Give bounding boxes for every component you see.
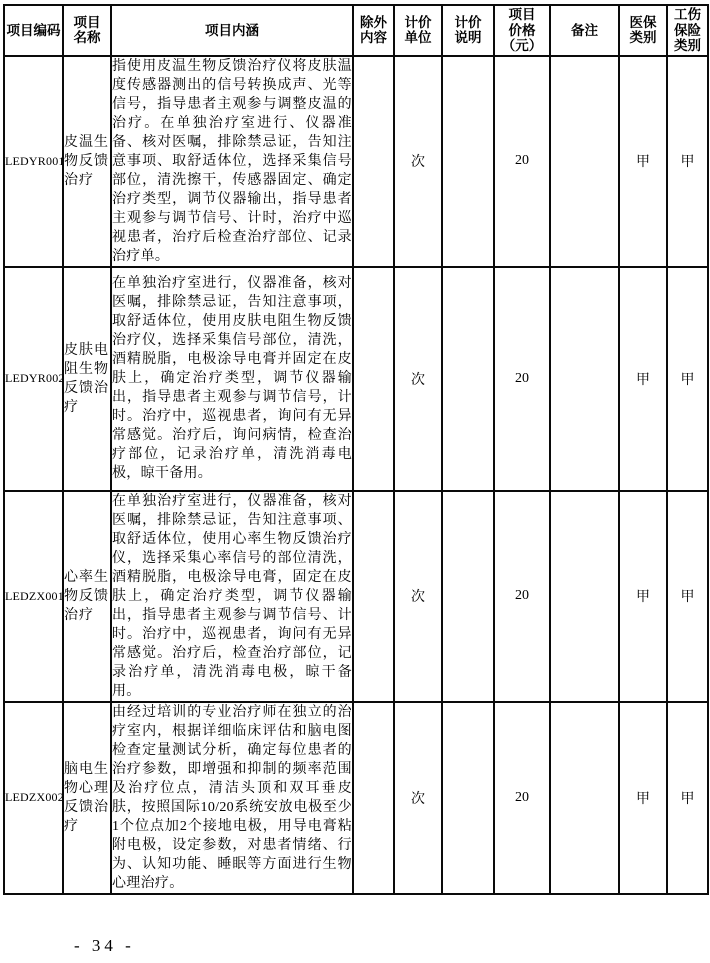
cell-item-code: LEDZX002 [4,702,63,894]
cell-pricing-unit: 次 [394,491,442,702]
cell-pricing-unit: 次 [394,267,442,491]
cell-item-name: 皮肤电阻生物反馈治疗 [63,267,111,491]
cell-item-price: 20 [494,702,550,894]
cell-pricing-unit: 次 [394,56,442,267]
cell-work-injury-insurance-category: 甲 [667,702,708,894]
cell-item-name: 皮温生物反馈治疗 [63,56,111,267]
header-item-content: 项目内涵 [111,5,353,56]
cell-item-content: 在单独治疗室进行，仪器准备，核对医嘱，排除禁忌证，告知注意事项，取舒适体位，使用… [111,267,353,491]
cell-item-content: 指使用皮温生物反馈治疗仪将皮肤温度传感器测出的信号转换成声、光等信号，指导患者主… [111,56,353,267]
medical-service-pricing-table: 项目编码 项目 名称 项目内涵 除外 内容 计价 单位 计价 说明 项目 价格 … [3,4,709,895]
cell-item-content: 在单独治疗室进行，仪器准备，核对医嘱，排除禁忌证，告知注意事项、取舒适体位，使用… [111,491,353,702]
cell-excluded-content [353,491,394,702]
header-item-name: 项目 名称 [63,5,111,56]
header-medical-insurance-category: 医保 类别 [619,5,667,56]
table-row: LEDZX001 心率生物反馈治疗 在单独治疗室进行，仪器准备，核对医嘱，排除禁… [4,491,708,702]
cell-remark [550,702,619,894]
cell-item-price: 20 [494,56,550,267]
header-pricing-unit: 计价 单位 [394,5,442,56]
cell-medical-insurance-category: 甲 [619,491,667,702]
cell-remark [550,56,619,267]
cell-excluded-content [353,56,394,267]
cell-work-injury-insurance-category: 甲 [667,491,708,702]
cell-work-injury-insurance-category: 甲 [667,267,708,491]
cell-item-price: 20 [494,267,550,491]
cell-medical-insurance-category: 甲 [619,702,667,894]
header-item-price: 项目 价格 （元） [494,5,550,56]
header-remark: 备注 [550,5,619,56]
table-row: LEDYR001 皮温生物反馈治疗 指使用皮温生物反馈治疗仪将皮肤温度传感器测出… [4,56,708,267]
cell-excluded-content [353,267,394,491]
cell-pricing-unit: 次 [394,702,442,894]
table-row: LEDYR002 皮肤电阻生物反馈治疗 在单独治疗室进行，仪器准备，核对医嘱，排… [4,267,708,491]
cell-item-price: 20 [494,491,550,702]
cell-item-name: 心率生物反馈治疗 [63,491,111,702]
cell-pricing-note [442,267,494,491]
cell-item-code: LEDYR001 [4,56,63,267]
cell-medical-insurance-category: 甲 [619,267,667,491]
cell-excluded-content [353,702,394,894]
header-work-injury-insurance-category: 工伤 保险 类别 [667,5,708,56]
cell-item-name: 脑电生物心理反馈治疗 [63,702,111,894]
cell-medical-insurance-category: 甲 [619,56,667,267]
cell-remark [550,491,619,702]
cell-item-content: 由经过培训的专业治疗师在独立的治疗室内，根据详细临床评估和脑电图检查定量测试分析… [111,702,353,894]
cell-pricing-note [442,56,494,267]
cell-pricing-note [442,702,494,894]
cell-item-code: LEDZX001 [4,491,63,702]
cell-pricing-note [442,491,494,702]
table-header-row: 项目编码 项目 名称 项目内涵 除外 内容 计价 单位 计价 说明 项目 价格 … [4,5,708,56]
cell-remark [550,267,619,491]
cell-item-code: LEDYR002 [4,267,63,491]
header-excluded-content: 除外 内容 [353,5,394,56]
header-item-code: 项目编码 [4,5,63,56]
header-pricing-note: 计价 说明 [442,5,494,56]
page-number: - 34 - [74,936,135,956]
table-row: LEDZX002 脑电生物心理反馈治疗 由经过培训的专业治疗师在独立的治疗室内，… [4,702,708,894]
cell-work-injury-insurance-category: 甲 [667,56,708,267]
